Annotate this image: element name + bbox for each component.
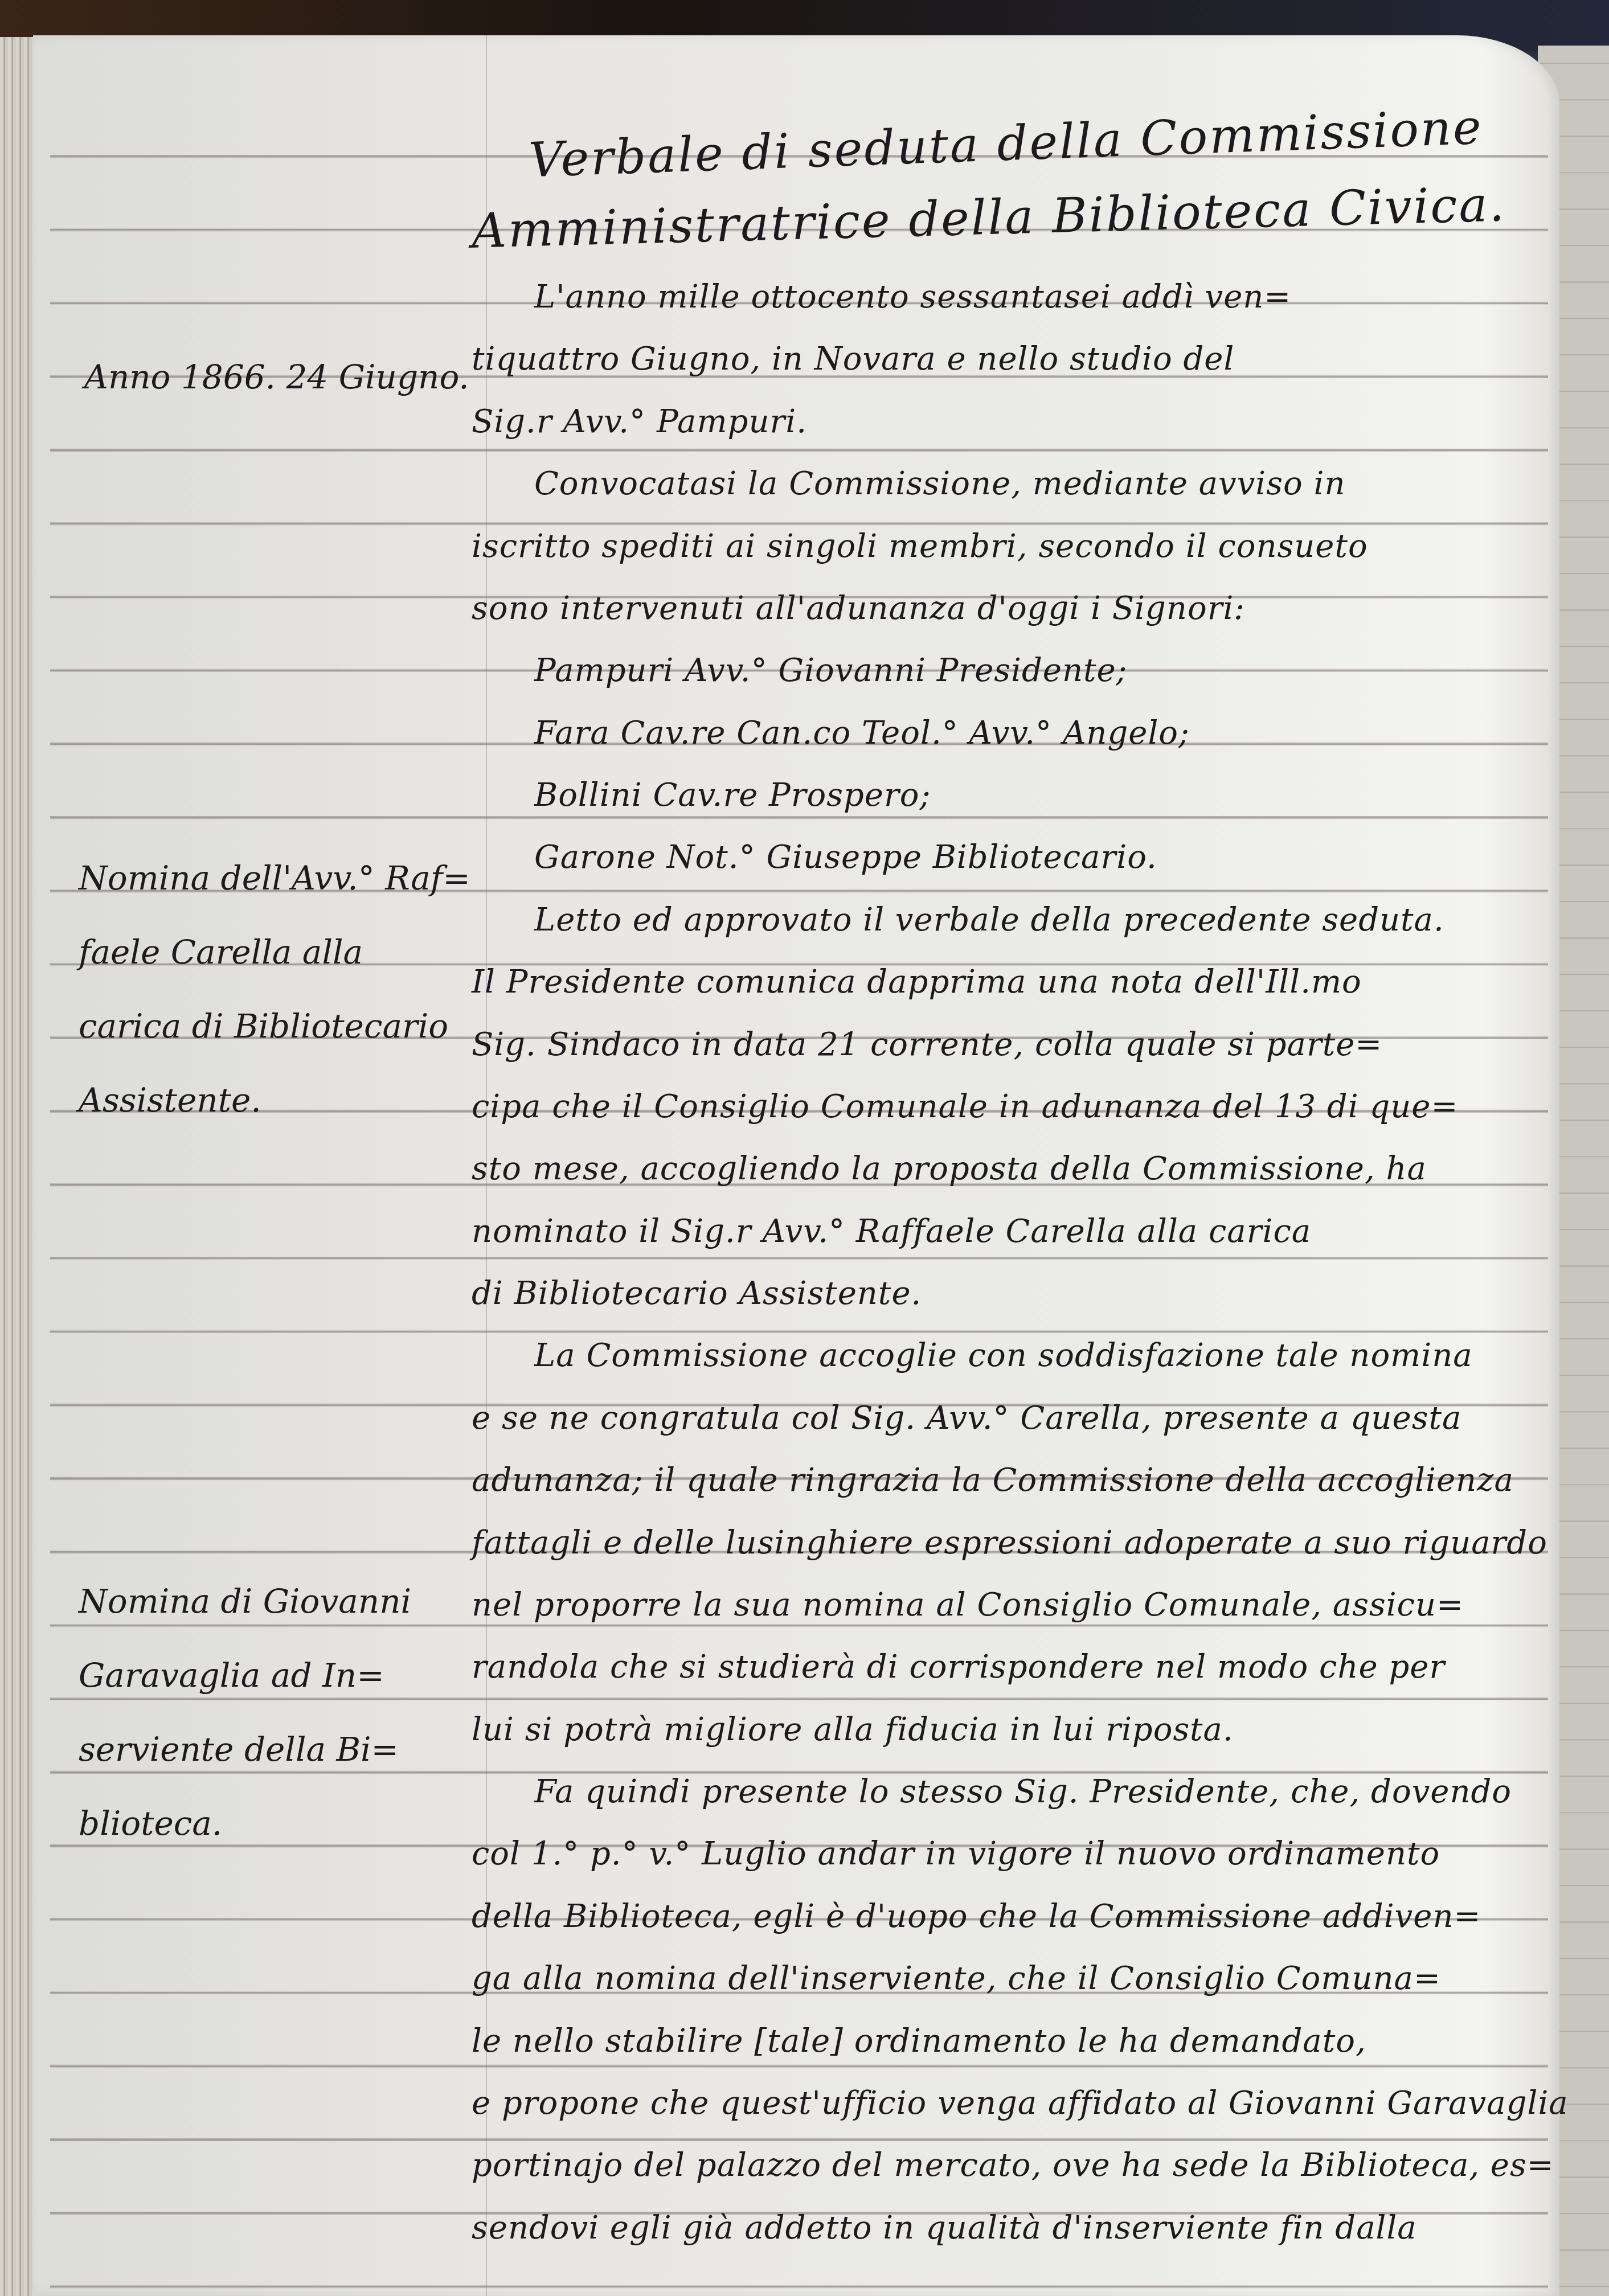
body-line: cipa che il Consiglio Comunale in adunan… [472,1084,1458,1130]
attendee-line: Pampuri Avv.° Giovanni Presidente; [534,648,1127,694]
body-line: Letto ed approvato il verbale della prec… [534,897,1444,943]
body-line: iscritto spediti ai singoli membri, seco… [472,524,1368,569]
body-line: L'anno mille ottocento sessantasei addì … [534,274,1291,320]
margin-note-carella-1: Nomina dell'Avv.° Raf= [79,855,470,901]
margin-note-garavaglia-2: Garavaglia ad In= [79,1653,384,1698]
body-line: sendovi egli già addetto in qualità d'in… [472,2205,1417,2251]
body-line: adunanza; il quale ringrazia la Commissi… [472,1458,1514,1503]
body-line: lui si potrà migliore alla fiducia in lu… [472,1707,1234,1753]
body-line: della Biblioteca, egli è d'uopo che la C… [472,1894,1481,1940]
margin-note-date: Anno 1866. 24 Giugno. [84,354,469,400]
margin-note-carella-3: carica di Bibliotecario [79,1003,448,1049]
body-line: nel proporre la sua nomina al Consiglio … [472,1582,1464,1628]
body-line: tiquattro Giugno, in Novara e nello stud… [472,337,1234,382]
page-stack-edge [0,37,34,2296]
body-line: col 1.° p.° v.° Luglio andar in vigore i… [472,1831,1440,1877]
margin-note-garavaglia-1: Nomina di Giovanni [79,1578,411,1624]
body-line: nominato il Sig.r Avv.° Raffaele Carella… [472,1209,1311,1254]
body-line: sto mese, accogliendo la proposta della … [472,1146,1427,1192]
attendee-line: Bollini Cav.re Prospero; [534,773,931,818]
margin-note-garavaglia-3: serviente della Bi= [79,1727,399,1772]
body-line: randola che si studierà di corrispondere… [472,1645,1445,1690]
body-line: fattagli e delle lusinghiere espressioni… [472,1520,1547,1566]
body-line: sono intervenuti all'adunanza d'oggi i S… [472,586,1245,632]
margin-note-carella-2: faele Carella alla [79,929,363,975]
body-line: La Commissione accoglie con soddisfazion… [534,1333,1473,1379]
body-line: Convocatasi la Commissione, mediante avv… [534,461,1345,507]
body-line: Sig. Sindaco in data 21 corrente, colla … [472,1022,1382,1068]
margin-note-carella-4: Assistente. [79,1077,261,1123]
body-line: Sig.r Avv.° Pampuri. [472,399,807,445]
margin-note-garavaglia-4: blioteca. [79,1801,222,1846]
body-line: di Bibliotecario Assistente. [472,1271,922,1317]
ledger-page: Verbale di seduta della Commissione Ammi… [33,35,1559,2296]
attendee-line: Fara Cav.re Can.co Teol.° Avv.° Angelo; [534,711,1190,756]
body-line: e propone che quest'ufficio venga affida… [472,2081,1569,2126]
attendee-line: Garone Not.° Giuseppe Bibliotecario. [534,835,1157,880]
body-line: e se ne congratula col Sig. Avv.° Carell… [472,1396,1461,1441]
body-line: portinajo del palazzo del mercato, ove h… [472,2143,1554,2188]
body-line: Il Presidente comunica dapprima una nota… [472,960,1362,1005]
body-line: Fa quindi presente lo stesso Sig. Presid… [534,1769,1512,1815]
body-line-with-correction: le nello stabilire [tale] ordinamento le… [472,2019,1366,2064]
body-line: ga alla nomina dell'inserviente, che il … [472,1956,1441,2002]
